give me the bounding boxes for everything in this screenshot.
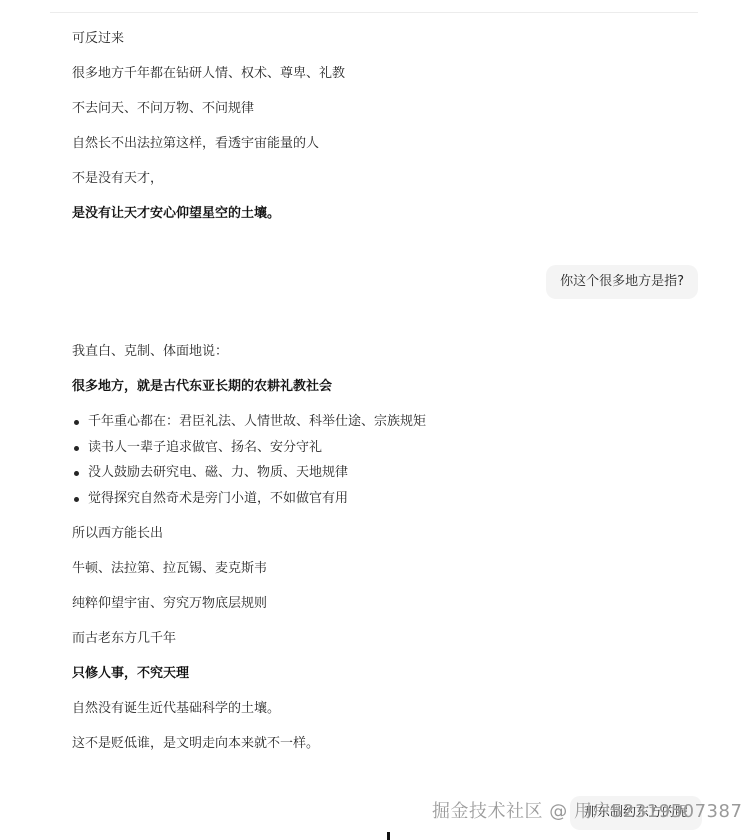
paragraph: 牛顿、法拉第、拉瓦锡、麦克斯韦	[72, 559, 319, 579]
paragraph-bold: 是没有让天才安心仰望星空的土壤。	[72, 204, 702, 224]
paragraph: 所以西方能长出	[72, 524, 319, 544]
list-item: 没人鼓励去研究电、磁、力、物质、天地规律	[72, 463, 702, 489]
bullet-icon	[74, 446, 79, 451]
watermark: 掘金技术社区 @ 用户5231950​7387	[432, 797, 742, 823]
bullet-icon	[74, 471, 79, 476]
list-item: 觉得探究自然奇术是旁门小道，不如做官有用	[72, 489, 702, 515]
paragraph-bold: 只修人事，不究天理	[72, 664, 319, 684]
list-item: 千年重心都在：君臣礼法、人情世故、科举仕途、宗族规矩	[72, 412, 702, 438]
text-cursor-icon	[387, 832, 390, 840]
paragraph: 这不是贬低谁，是文明走向本来就不一样。	[72, 734, 319, 754]
paragraph: 很多地方千年都在钻研人情、权术、尊卑、礼教	[72, 64, 702, 84]
assistant-message-2: 我直白、克制、体面地说： 很多地方，就是古代东亚长期的农耕礼教社会 千年重心都在…	[72, 342, 702, 520]
paragraph-intro: 我直白、克制、体面地说：	[72, 342, 702, 362]
user-message-bubble: 你这个很多地方是指?	[546, 265, 698, 299]
paragraph: 不去问天、不问万物、不问规律	[72, 99, 702, 119]
bullet-icon	[74, 497, 79, 502]
paragraph: 纯粹仰望宇宙、穷究万物底层规则	[72, 594, 319, 614]
list-item: 读书人一辈子追求做官、扬名、安分守礼	[72, 438, 702, 464]
paragraph: 自然没有诞生近代基础科学的土壤。	[72, 699, 319, 719]
assistant-message-1: 可反过来 很多地方千年都在钻研人情、权术、尊卑、礼教 不去问天、不问万物、不问规…	[72, 29, 702, 224]
paragraph: 可反过来	[72, 29, 702, 49]
bullet-icon	[74, 420, 79, 425]
message-divider	[50, 12, 698, 13]
paragraph: 不是没有天才，	[72, 169, 702, 189]
bullet-list: 千年重心都在：君臣礼法、人情世故、科举仕途、宗族规矩 读书人一辈子追求做官、扬名…	[72, 412, 702, 514]
paragraph: 而古老东方几千年	[72, 629, 319, 649]
paragraph-heading: 很多地方，就是古代东亚长期的农耕礼教社会	[72, 377, 702, 397]
paragraph: 自然长不出法拉第这样，看透宇宙能量的人	[72, 134, 702, 154]
